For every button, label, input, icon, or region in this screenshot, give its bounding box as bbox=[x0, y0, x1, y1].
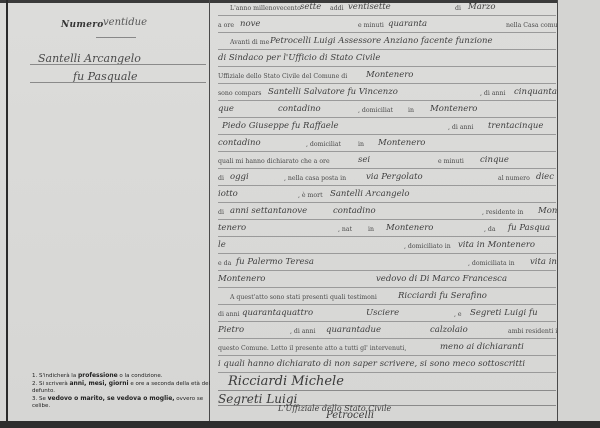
line-comune: Uffiziale dello Stato Civile del Comune … bbox=[218, 71, 556, 84]
line-witness-2: Pietro , di anni quarantadue calzolaio a… bbox=[218, 326, 556, 339]
line-officer-1: Avanti di me Petrocelli Luigi Assessore … bbox=[218, 37, 556, 50]
line-signed: i quali hanno dichiarato di non saper sc… bbox=[218, 360, 556, 373]
margin-column: Numero ventidue Santelli Arcangelo fu Pa… bbox=[6, 0, 210, 421]
line-birth: tenero , nat in Montenero , da fu Pasqua bbox=[218, 224, 556, 237]
line-reading: questo Comune. Letto il presente atto a … bbox=[218, 343, 556, 356]
line-father: le , domiciliato in vita in Montenero bbox=[218, 241, 556, 254]
footnote-1: 1. S'indicherà la professione o la condi… bbox=[32, 372, 212, 380]
line-declarant-1: sono compars Santelli Salvatore fu Vince… bbox=[218, 88, 556, 101]
right-margin bbox=[558, 0, 600, 421]
father-rule bbox=[30, 82, 206, 83]
signature-witness-1: Ricciardi Michele bbox=[228, 374, 344, 389]
line-spouse: Montenero vedovo di Di Marco Francesca bbox=[218, 275, 556, 288]
footnote-3: 3. Se vedovo o marito, se vedova o mogli… bbox=[32, 395, 212, 410]
numero-underline bbox=[96, 37, 136, 38]
line-declarant-1b: que contadino , domiciliat in Montenero bbox=[218, 105, 556, 118]
line-deceased-age: di anni settantanove contadino , residen… bbox=[218, 207, 556, 220]
record-body: L'anno millenovecento sette addì ventise… bbox=[208, 0, 558, 421]
signature-rule-1 bbox=[218, 390, 556, 391]
line-declarant-2b: contadino , domiciliat in Montenero bbox=[218, 139, 556, 152]
numero-label: Numero bbox=[61, 20, 104, 30]
signature-officer: Petrocelli bbox=[326, 410, 374, 421]
numero-value: ventidue bbox=[103, 17, 147, 28]
line-deceased: iotto , è mort Santelli Arcangelo bbox=[218, 190, 556, 203]
bottom-border bbox=[0, 421, 600, 428]
line-witness-1: di anni quarantaquattro Usciere , e Segr… bbox=[218, 309, 556, 322]
line-witnesses: A quest'atto sono stati presenti quali t… bbox=[218, 292, 556, 305]
line-hour: a ore nove e minuti quaranta nella Casa … bbox=[218, 20, 556, 33]
footnotes: 1. S'indicherà la professione o la condi… bbox=[32, 372, 212, 410]
line-mother: e da fu Palermo Teresa , domiciliata in … bbox=[218, 258, 556, 271]
line-officer-2: di Sindaco per l'Ufficio di Stato Civile bbox=[218, 54, 556, 67]
line-declarant-2: Piedo Giuseppe fu Raffaele , di anni tre… bbox=[218, 122, 556, 135]
name-rule bbox=[30, 64, 206, 65]
line-death-place: di oggi , nella casa posta in via Pergol… bbox=[218, 173, 556, 186]
line-death-hour: quali mi hanno dichiarato che a ore sei … bbox=[218, 156, 556, 169]
footnote-2: 2. Si scriverà anni, mesi, giorni e ore … bbox=[32, 380, 212, 395]
line-year: L'anno millenovecento sette addì ventise… bbox=[218, 3, 556, 16]
document-page: Numero ventidue Santelli Arcangelo fu Pa… bbox=[0, 0, 600, 428]
